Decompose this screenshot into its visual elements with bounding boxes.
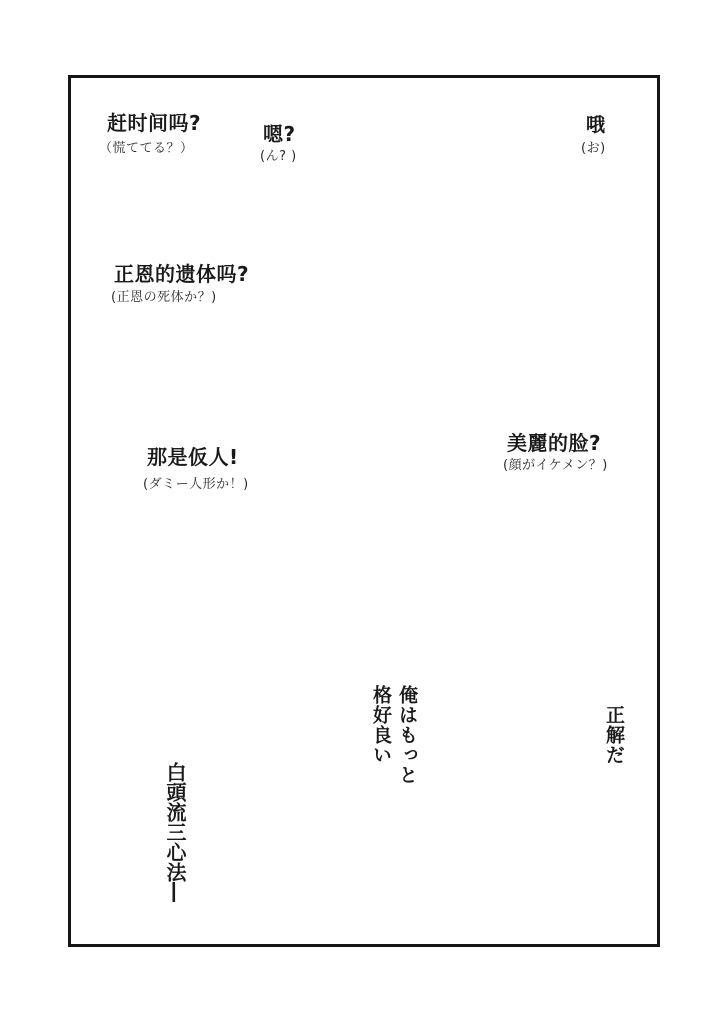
dialogue-zh-dummy: 那是仮人! xyxy=(147,447,239,467)
dialogue-zh-face: 美麗的脸? xyxy=(507,433,601,453)
dialogue-zh-body: 正恩的遗体吗? xyxy=(114,264,249,284)
gloss-jp-hurry: （慌ててる？） xyxy=(99,142,194,155)
gloss-jp-body: (正恩の死体か？) xyxy=(111,291,217,304)
vertical-text-technique: 白頭流三心法― xyxy=(162,762,188,902)
vertical-text-self-praise: 俺はもっと 格好良い xyxy=(368,685,420,785)
gloss-jp-hm: (ん? ) xyxy=(260,150,297,163)
script-page: 赶时间吗? （慌ててる？） 嗯? (ん? ) 哦 (お) 正恩的遗体吗? (正恩… xyxy=(0,0,725,1024)
gloss-jp-dummy: (ダミー人形か！) xyxy=(143,478,249,491)
panel-border-frame xyxy=(68,75,660,947)
vertical-line-2: 格好良い xyxy=(368,685,394,785)
gloss-jp-face: (顔がイケメン？) xyxy=(503,459,608,472)
dialogue-zh-hurry: 赶时间吗? xyxy=(107,113,201,133)
vertical-text-correct: 正解だ xyxy=(601,705,627,765)
dialogue-zh-hm: 嗯? xyxy=(263,124,296,144)
vertical-line-1: 俺はもっと xyxy=(394,685,420,785)
gloss-jp-oh: (お) xyxy=(581,142,606,155)
dialogue-zh-oh: 哦 xyxy=(586,116,606,135)
